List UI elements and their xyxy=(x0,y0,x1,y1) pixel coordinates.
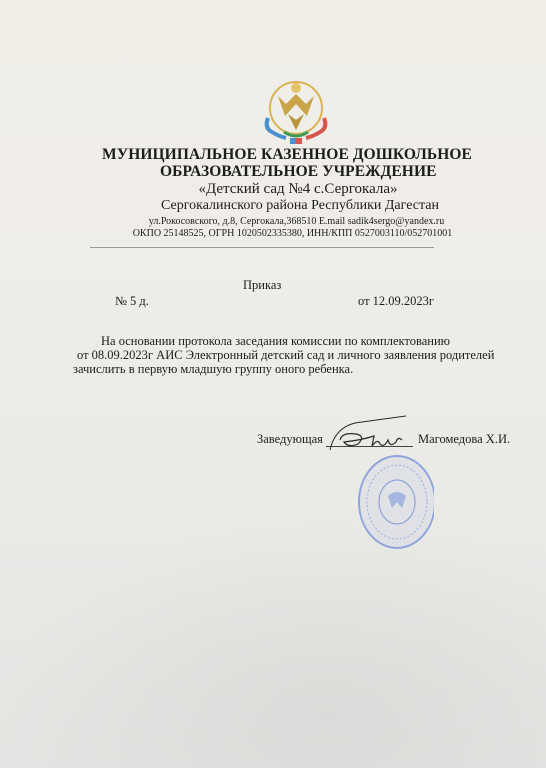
dagestan-coat-of-arms-icon xyxy=(258,74,334,148)
signatory-role: Заведующая xyxy=(257,432,323,447)
paper-shadow xyxy=(0,520,546,768)
kindergarten-name: «Детский сад №4 с.Сергокала» xyxy=(183,181,413,198)
order-title: Приказ xyxy=(243,278,281,293)
address-line: ул.Рокосовского, д.8, Сергокала,368510 E… xyxy=(144,216,449,227)
org-name-line1: МУНИЦИПАЛЬНОЕ КАЗЕННОЕ ДОШКОЛЬНОЕ xyxy=(102,146,447,164)
org-name-line2: ОБРАЗОВАТЕЛЬНОЕ УЧРЕЖДЕНИЕ xyxy=(160,163,425,181)
order-date: от 12.09.2023г xyxy=(358,294,434,309)
district-name: Сергокалинского района Республики Дагест… xyxy=(150,198,450,214)
signatory-name: Магомедова Х.И. xyxy=(418,432,510,447)
registration-codes: ОКПО 25148525, ОГРН 1020502335380, ИНН/К… xyxy=(120,228,465,239)
handwritten-signature-icon xyxy=(322,414,418,454)
body-line-2: от 08.09.2023г АИС Электронный детский с… xyxy=(77,348,494,363)
header-divider xyxy=(90,247,434,248)
round-official-stamp-icon xyxy=(352,452,434,550)
document-page: МУНИЦИПАЛЬНОЕ КАЗЕННОЕ ДОШКОЛЬНОЕ ОБРАЗО… xyxy=(0,0,546,768)
body-line-3: зачислить в первую младшую группу оного … xyxy=(73,362,353,377)
order-number: № 5 д. xyxy=(115,294,149,309)
body-line-1: На основании протокола заседания комисси… xyxy=(101,334,450,349)
